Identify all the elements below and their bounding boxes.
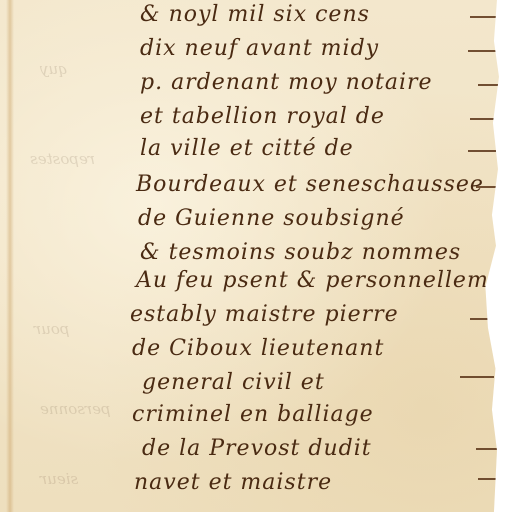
manuscript-line-4: et tabellion royal de bbox=[140, 104, 391, 129]
manuscript-line-7: de Guienne soubsigné bbox=[138, 206, 411, 231]
manuscript-line-5: la ville et citté de bbox=[140, 136, 360, 161]
line-filler-stroke bbox=[470, 318, 496, 320]
line-filler-stroke bbox=[476, 448, 498, 450]
bleed-through-text: sieur bbox=[40, 470, 78, 488]
page-fold-crease bbox=[6, 0, 14, 512]
manuscript-page: quy repostes pour personne sieur & noyl … bbox=[0, 0, 503, 512]
line-filler-stroke bbox=[478, 84, 498, 86]
manuscript-line-12: general civil et bbox=[142, 370, 331, 395]
manuscript-line-13: criminel en balliage bbox=[132, 402, 380, 427]
manuscript-line-11: de Ciboux lieutenant bbox=[132, 336, 390, 361]
manuscript-line-14: de la Prevost dudit bbox=[142, 436, 378, 461]
line-filler-stroke bbox=[476, 186, 496, 188]
line-filler-stroke bbox=[468, 50, 496, 52]
bleed-through-text: repostes bbox=[30, 150, 95, 168]
manuscript-line-9: Au feu psent & personnellement bbox=[136, 268, 512, 293]
bleed-through-text: pour bbox=[34, 320, 69, 338]
manuscript-line-6: Bourdeaux et seneschaussee bbox=[136, 172, 490, 197]
manuscript-line-2: dix neuf avant midy bbox=[140, 36, 385, 61]
bleed-through-text: personne bbox=[40, 400, 111, 418]
line-filler-stroke bbox=[468, 150, 496, 152]
line-filler-stroke bbox=[478, 478, 498, 480]
manuscript-line-10: estably maistre pierre bbox=[130, 302, 405, 327]
manuscript-line-15: navet et maistre bbox=[134, 470, 338, 495]
manuscript-line-1: & noyl mil six cens bbox=[140, 2, 376, 27]
line-filler-stroke bbox=[460, 376, 494, 378]
manuscript-line-3: p. ardenant moy notaire bbox=[140, 70, 439, 95]
line-filler-stroke bbox=[470, 118, 496, 120]
manuscript-line-8: & tesmoins soubz nommes bbox=[140, 240, 467, 265]
line-filler-stroke bbox=[470, 16, 496, 18]
bleed-through-text: quy bbox=[40, 60, 68, 78]
